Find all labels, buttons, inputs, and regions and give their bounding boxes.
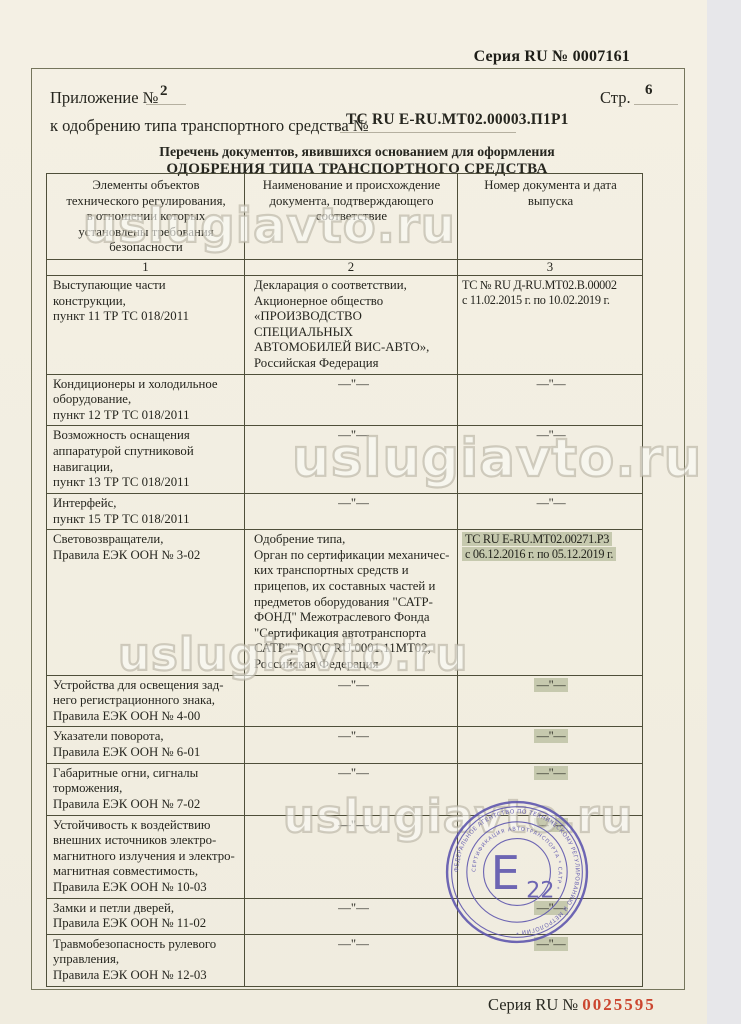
row-number-cell: ТС № RU Д-RU.МТ02.В.00002 с 11.02.2015 г… [458, 276, 643, 375]
series-label: Серия RU № [488, 995, 582, 1014]
row-element-cell: Травмобезопасность рулевого управления, … [47, 934, 245, 986]
table-row: Световозвращатели, Правила ЕЭК ООН № 3-0… [47, 530, 643, 675]
row-number-cell: —"— [458, 426, 643, 493]
table-row: Выступающие части конструкции, пункт 11 … [47, 276, 643, 375]
row-number-cell: ТС RU E-RU.MT02.00271.Р3с 06.12.2016 г. … [458, 530, 643, 675]
row-document-cell: —"— [245, 727, 458, 763]
table-row: Указатели поворота, Правила ЕЭК ООН № 6-… [47, 727, 643, 763]
row-document-cell: Одобрение типа, Орган по сертификации ме… [245, 530, 458, 675]
header-document: Наименование и происхождение документа, … [245, 174, 458, 260]
row-element-cell: Габаритные огни, сигналы торможения, Пра… [47, 763, 245, 815]
series-number-top: Серия RU № 0007161 [380, 48, 630, 66]
row-document-cell: —"— [245, 763, 458, 815]
row-document-cell: —"— [245, 934, 458, 986]
row-number-cell: —"— [458, 727, 643, 763]
series-number-bottom: Серия RU № 0025595 [488, 995, 656, 1015]
row-element-cell: Указатели поворота, Правила ЕЭК ООН № 6-… [47, 727, 245, 763]
table-row: Устройства для освещения зад- него регис… [47, 675, 643, 727]
column-number-2: 2 [245, 260, 458, 276]
row-element-cell: Выступающие части конструкции, пункт 11 … [47, 276, 245, 375]
row-element-cell: Интерфейс, пункт 15 ТР ТС 018/2011 [47, 493, 245, 529]
scanned-document-page: Серия RU № 0007161 Приложение № 2 Стр. 6… [0, 0, 707, 1024]
stamp-e-mark: E [491, 846, 520, 900]
e22-approval-stamp: ФЕДЕРАЛЬНОЕ АГЕНТСТВО ПО ТЕХНИЧЕСКОМУ РЕ… [441, 796, 593, 948]
page-underline [634, 104, 678, 105]
row-number-cell: —"— [458, 374, 643, 426]
row-document-cell: —"— [245, 493, 458, 529]
row-document-cell: —"— [245, 675, 458, 727]
annex-number: 2 [160, 83, 168, 100]
column-number-3: 3 [458, 260, 643, 276]
row-element-cell: Устойчивость к воздействию внешних источ… [47, 815, 245, 898]
table-row: Кондиционеры и холодильное оборудование,… [47, 374, 643, 426]
column-number-1: 1 [47, 260, 245, 276]
column-numbers-row: 1 2 3 [47, 260, 643, 276]
page-number: 6 [645, 82, 653, 99]
series-digits: 0025595 [582, 995, 656, 1014]
row-number-cell: —"— [458, 493, 643, 529]
row-document-cell: Декларация о соответствии, Акционерное о… [245, 276, 458, 375]
row-document-cell: —"— [245, 898, 458, 934]
row-document-cell: —"— [245, 426, 458, 493]
row-element-cell: Замки и петли дверей, Правила ЕЭК ООН № … [47, 898, 245, 934]
table-header-row: Элементы объектов технического регулиров… [47, 174, 643, 260]
row-element-cell: Световозвращатели, Правила ЕЭК ООН № 3-0… [47, 530, 245, 675]
approval-number: ТС RU E-RU.MT02.00003.П1Р1 [346, 111, 569, 129]
approval-underline [340, 132, 516, 133]
row-number-cell: —"— [458, 675, 643, 727]
approval-label: к одобрению типа транспортного средства … [50, 116, 369, 136]
page-label: Стр. [600, 88, 631, 108]
row-document-cell: —"— [245, 815, 458, 898]
row-element-cell: Устройства для освещения зад- него регис… [47, 675, 245, 727]
table-row: Возможность оснащения аппаратурой спутни… [47, 426, 643, 493]
annex-label: Приложение № [50, 88, 158, 108]
document-title-line1: Перечень документов, явившихся основание… [31, 144, 683, 160]
row-element-cell: Кондиционеры и холодильное оборудование,… [47, 374, 245, 426]
row-element-cell: Возможность оснащения аппаратурой спутни… [47, 426, 245, 493]
table-row: Интерфейс, пункт 15 ТР ТС 018/2011 —"— —… [47, 493, 643, 529]
header-elements: Элементы объектов технического регулиров… [47, 174, 245, 260]
stamp-e-number: 22 [526, 877, 554, 903]
annex-underline [146, 104, 186, 105]
row-document-cell: —"— [245, 374, 458, 426]
header-number-date: Номер документа и дата выпуска [458, 174, 643, 260]
